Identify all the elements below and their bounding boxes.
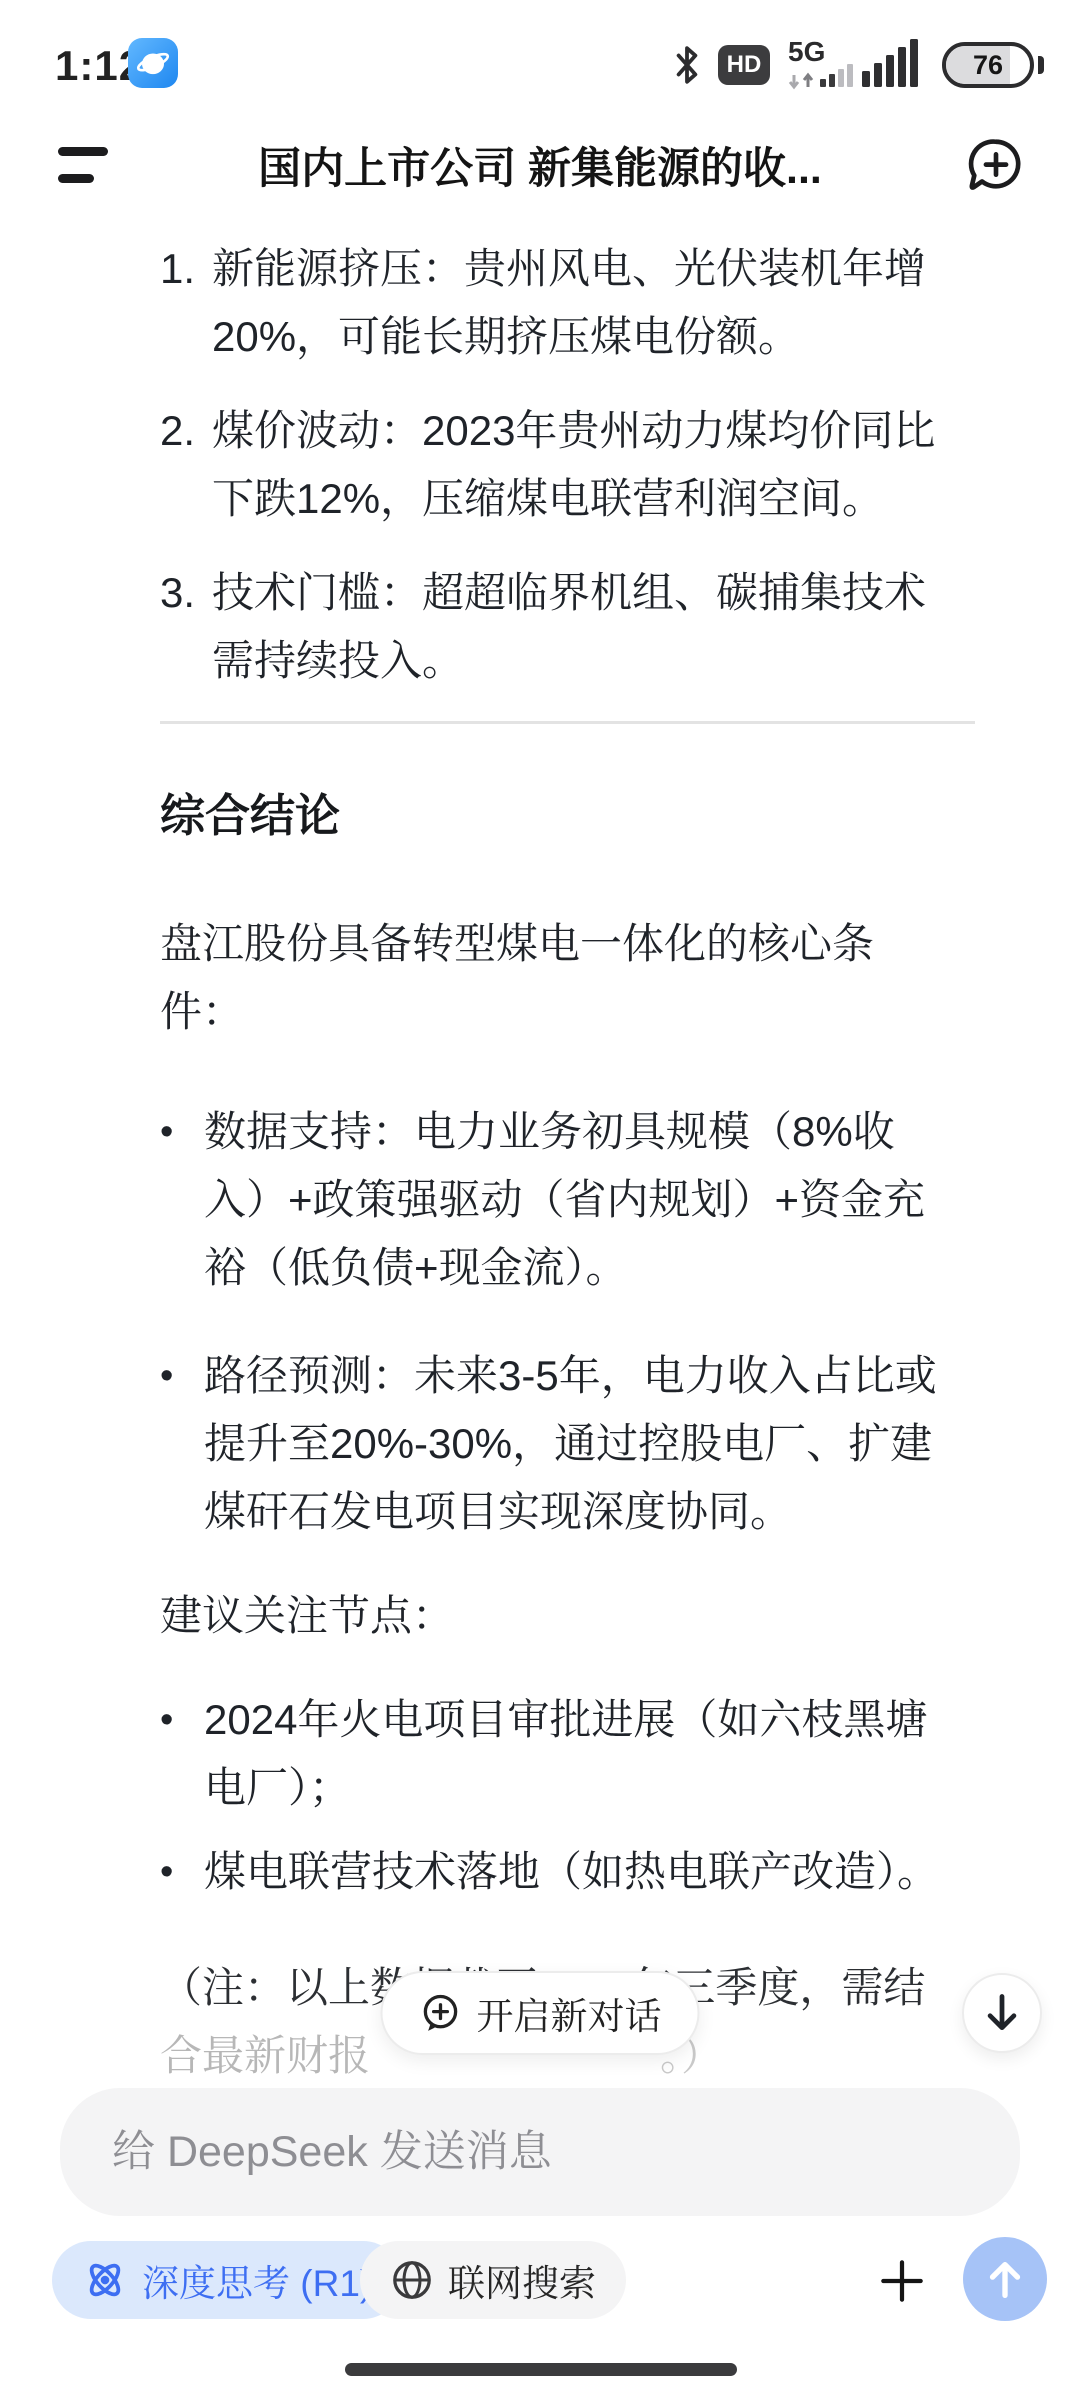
list-text: 路径预测：未来3-5年，电力收入占比或 提升至20%-30%，通过控股电厂、扩建… <box>204 1342 975 1546</box>
list-item: • 煤电联营技术落地（如热电联产改造）。 <box>160 1838 975 1906</box>
risk-numbered-list: 1. 新能源挤压：贵州风电、光伏装机年增 20%，可能长期挤压煤电份额。 2. … <box>160 235 975 695</box>
bullet-dot: • <box>160 1342 204 1546</box>
sidebar-menu-button[interactable] <box>58 135 118 195</box>
watch-points-heading: 建议关注节点： <box>160 1582 975 1650</box>
deepthink-r1-toggle[interactable]: 深度思考 (R1) <box>52 2241 402 2319</box>
send-button[interactable] <box>963 2237 1047 2321</box>
list-text: 技术门槛：超超临界机组、碳捕集技术 需持续投入。 <box>212 559 975 695</box>
open-new-chat-button[interactable]: 开启新对话 <box>381 1971 700 2055</box>
list-item: • 2024年火电项目审批进展（如六枝黑塘 电厂）； <box>160 1686 975 1822</box>
deepthink-r1-label: 深度思考 (R1) <box>142 2253 372 2307</box>
list-item: 3. 技术门槛：超超临界机组、碳捕集技术 需持续投入。 <box>160 559 975 695</box>
status-icons: HD 5G 76 <box>672 30 1044 100</box>
scroll-to-bottom-button[interactable] <box>962 1973 1042 2053</box>
arrow-up-icon <box>982 2256 1028 2302</box>
menu-icon <box>58 174 94 183</box>
atom-icon <box>82 2257 128 2303</box>
bullet-dot: • <box>160 1838 204 1906</box>
composer-toolbar: 深度思考 (R1) 联网搜索 <box>0 2241 1080 2325</box>
svg-text:5G: 5G <box>788 36 825 67</box>
bullet-dot: • <box>160 1686 204 1822</box>
list-text: 新能源挤压：贵州风电、光伏装机年增 20%，可能长期挤压煤电份额。 <box>212 235 975 371</box>
hd-badge: HD <box>718 45 770 85</box>
list-item: 2. 煤价波动：2023年贵州动力煤均价同比 下跌12%，压缩煤电联营利润空间。 <box>160 397 975 533</box>
list-number: 3. <box>160 559 212 695</box>
assistant-message: 1. 新能源挤压：贵州风电、光伏装机年增 20%，可能长期挤压煤电份额。 2. … <box>160 185 975 2090</box>
section-heading: 综合结论 <box>160 786 975 846</box>
menu-icon <box>58 147 108 156</box>
battery-percent: 76 <box>973 50 1003 81</box>
arrow-down-icon <box>980 1991 1024 2035</box>
list-number: 2. <box>160 397 212 533</box>
web-search-label: 联网搜索 <box>448 2253 596 2307</box>
battery-nub <box>1038 56 1044 74</box>
list-text: 2024年火电项目审批进展（如六枝黑塘 电厂）； <box>204 1686 975 1822</box>
attachment-plus-button[interactable] <box>874 2253 930 2309</box>
list-text: 数据支持：电力业务初具规模（8%收 入）+政策强驱动（省内规划）+资金充 裕（低… <box>204 1098 975 1302</box>
list-item: • 路径预测：未来3-5年，电力收入占比或 提升至20%-30%，通过控股电厂、… <box>160 1342 975 1546</box>
conclusion-bullet-list: • 数据支持：电力业务初具规模（8%收 入）+政策强驱动（省内规划）+资金充 裕… <box>160 1098 975 1546</box>
list-text: 煤电联营技术落地（如热电联产改造）。 <box>204 1838 939 1906</box>
message-input[interactable] <box>60 2128 1020 2177</box>
deepseek-chat-screen: 1:12 HD 5G <box>0 0 1080 2400</box>
deepseek-app-icon <box>128 38 178 88</box>
planet-logo-icon <box>133 43 173 83</box>
conclusion-intro: 盘江股份具备转型煤电一体化的核心条 件： <box>160 910 975 1046</box>
globe-icon <box>390 2258 434 2302</box>
web-search-toggle[interactable]: 联网搜索 <box>360 2241 626 2319</box>
watch-bullet-list: • 2024年火电项目审批进展（如六枝黑塘 电厂）； • 煤电联营技术落地（如热… <box>160 1686 975 1906</box>
list-text: 煤价波动：2023年贵州动力煤均价同比 下跌12%，压缩煤电联营利润空间。 <box>212 397 975 533</box>
list-item: • 数据支持：电力业务初具规模（8%收 入）+政策强驱动（省内规划）+资金充 裕… <box>160 1098 975 1302</box>
message-composer <box>60 2088 1020 2216</box>
signal-bars: 5G <box>786 35 926 95</box>
plus-icon <box>876 2255 928 2307</box>
bullet-dot: • <box>160 1098 204 1302</box>
open-new-chat-label: 开启新对话 <box>477 1986 662 2040</box>
status-bar: 1:12 HD 5G <box>0 30 1080 100</box>
list-number: 1. <box>160 235 212 371</box>
section-divider <box>160 721 975 724</box>
list-item: 1. 新能源挤压：贵州风电、光伏装机年增 20%，可能长期挤压煤电份额。 <box>160 235 975 371</box>
bluetooth-icon <box>672 44 702 86</box>
home-indicator-handle[interactable] <box>345 2363 737 2376</box>
new-chat-bubble-plus-icon <box>419 1991 463 2035</box>
battery-icon: 76 <box>942 42 1034 88</box>
